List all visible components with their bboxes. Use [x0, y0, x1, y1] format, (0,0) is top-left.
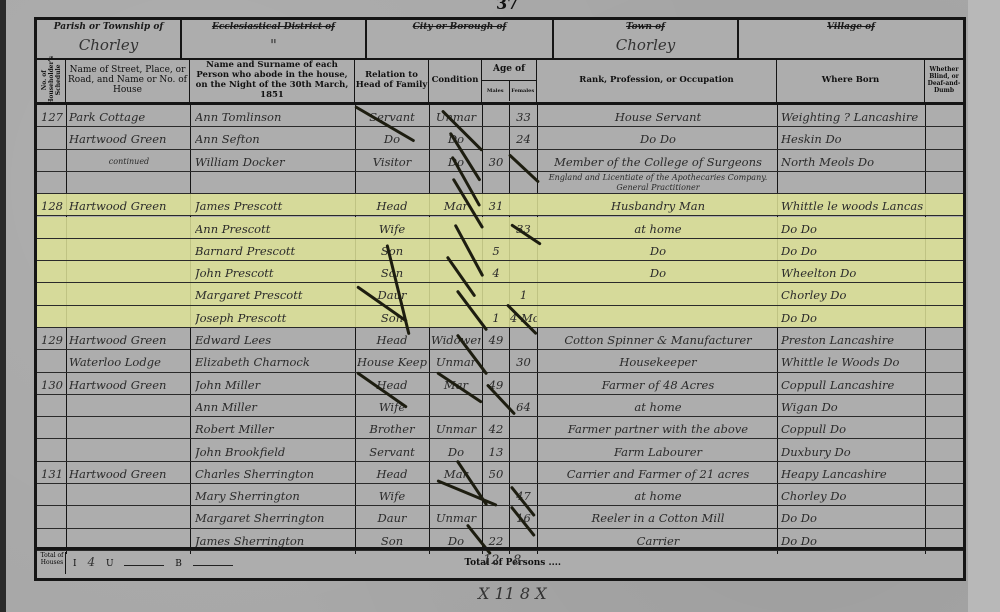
parish-label: Parish or Township of — [37, 22, 180, 32]
table-row: England and Licentiate of the Apothecari… — [37, 172, 963, 194]
ecclesiastical-label: Ecclesiastical District of — [182, 22, 365, 32]
cell-name: William Docker — [195, 150, 353, 172]
town-value: Chorley — [554, 36, 737, 54]
cell-sched — [39, 440, 65, 462]
cell-name: Ann Sefton — [195, 127, 353, 149]
page-margin — [968, 0, 1000, 612]
cell-m — [483, 127, 509, 149]
col-relation: Relation to Head of Family — [355, 58, 429, 102]
cell-occ: at home — [541, 484, 775, 506]
cell-sched — [39, 127, 65, 149]
cell-sched — [39, 283, 65, 305]
cell-name: John Brookfield — [195, 440, 353, 462]
cell-sched — [39, 484, 65, 506]
cell-m: 50 — [483, 462, 509, 484]
cell-sched — [39, 306, 65, 328]
cell-f: 1 — [510, 283, 537, 305]
cell-born: Preston Lancashire — [781, 328, 923, 350]
cell-f — [510, 194, 537, 216]
cell-occ: House Servant — [541, 105, 775, 127]
table-row: 131Hartwood GreenCharles SherringtonHead… — [37, 462, 963, 484]
cell-occ: Husbandry Man — [541, 194, 775, 216]
cell-m — [483, 105, 509, 127]
cell-street: Hartwood Green — [69, 127, 189, 149]
total-houses-label: Total of Houses — [39, 552, 66, 574]
cell-occ: Do — [541, 261, 775, 283]
age-males-label: Males — [482, 81, 510, 101]
cell-name: Charles Sherrington — [195, 462, 353, 484]
cell-sched — [39, 239, 65, 261]
cell-m: 1 — [483, 306, 509, 328]
cell-sched — [39, 506, 65, 528]
table-row: Margaret PrescottDaur1Chorley Do — [37, 283, 963, 305]
cell-name: Ann Miller — [195, 395, 353, 417]
cell-rel: House Keeper — [357, 350, 427, 372]
cell-rel: Wife — [357, 217, 427, 239]
cell-born: Do Do — [781, 239, 923, 261]
table-row: John BrookfieldServantDo13Farm LabourerD… — [37, 440, 963, 462]
cell-f — [510, 373, 537, 395]
cell-born: Heapy Lancashire — [781, 462, 923, 484]
cell-m — [483, 506, 509, 528]
col-name: Name and Surname of each Person who abod… — [190, 58, 355, 102]
col-street: Name of Street, Place, or Road, and Name… — [66, 58, 190, 102]
cell-born: Whittle le Woods Do — [781, 350, 923, 372]
cell-rel: Brother — [357, 417, 427, 439]
city-cell: City or Borough of — [367, 20, 554, 58]
cell-sched: 128 — [39, 194, 65, 216]
cell-street: Waterloo Lodge — [69, 350, 189, 372]
cell-name: Edward Lees — [195, 328, 353, 350]
cell-name: Ann Prescott — [195, 217, 353, 239]
cell-m — [483, 350, 509, 372]
cell-street — [69, 395, 189, 417]
cell-sched — [39, 395, 65, 417]
cell-occ: Member of the College of Surgeons — [541, 150, 775, 172]
ecclesiastical-value: " — [182, 36, 365, 54]
col-occupation: Rank, Profession, or Occupation — [537, 58, 777, 102]
cell-rel: Visitor — [357, 150, 427, 172]
col-blind: Whether Blind, or Deaf-and-Dumb — [925, 58, 963, 102]
cell-name: Ann Tomlinson — [195, 105, 353, 127]
cell-born: Whittle le woods Lancashire — [781, 194, 923, 216]
scan-edge — [0, 0, 6, 612]
ecclesiastical-cell: Ecclesiastical District of " — [182, 20, 367, 58]
cell-sched — [39, 150, 65, 172]
table-row: 127Park CottageAnn TomlinsonServantUnmar… — [37, 105, 963, 127]
cell-sched — [39, 172, 65, 194]
cell-occ: Carrier and Farmer of 21 acres — [541, 462, 775, 484]
cell-born: Do Do — [781, 306, 923, 328]
page-number: 37 — [496, 0, 518, 13]
town-label: Town of — [554, 22, 737, 32]
cell-street: Hartwood Green — [69, 462, 189, 484]
cell-name: Mary Sherrington — [195, 484, 353, 506]
cell-name: Robert Miller — [195, 417, 353, 439]
cell-name: Barnard Prescott — [195, 239, 353, 261]
cell-born — [781, 172, 923, 194]
inhabited-count: 4 — [87, 555, 95, 569]
parish-value: Chorley — [37, 36, 180, 54]
cell-street — [69, 239, 189, 261]
cell-sched — [39, 350, 65, 372]
cell-born: North Meols Do — [781, 150, 923, 172]
cell-f — [510, 440, 537, 462]
cell-m — [483, 283, 509, 305]
district-header: Parish or Township of Chorley Ecclesiast… — [37, 20, 963, 60]
cell-occ: Housekeeper — [541, 350, 775, 372]
cell-sched: 129 — [39, 328, 65, 350]
cell-name: James Prescott — [195, 194, 353, 216]
cell-occ: at home — [541, 217, 775, 239]
cell-street — [69, 217, 189, 239]
table-row: Waterloo LodgeElizabeth CharnockHouse Ke… — [37, 350, 963, 372]
cell-street: Hartwood Green — [69, 194, 189, 216]
cell-born: Weighting ? Lancashire — [781, 105, 923, 127]
cell-sched — [39, 217, 65, 239]
cell-name: John Miller — [195, 373, 353, 395]
cell-rel: Servant — [357, 440, 427, 462]
table-row: Margaret SherringtonDaurUnmar16Reeler in… — [37, 506, 963, 528]
cell-sched — [39, 261, 65, 283]
cell-street — [69, 306, 189, 328]
cell-born: Do Do — [781, 217, 923, 239]
cell-occ: Farmer of 48 Acres — [541, 373, 775, 395]
cell-cond: Widower — [431, 328, 481, 350]
cell-occ: Do — [541, 239, 775, 261]
age-label: Age of — [482, 58, 536, 81]
cell-occ: Cotton Spinner & Manufacturer — [541, 328, 775, 350]
city-label: City or Borough of — [367, 22, 552, 32]
table-row: Barnard PrescottSon5DoDo Do — [37, 239, 963, 261]
houses-tally: I 4 U B — [73, 555, 241, 569]
table-row: John PrescottSon4DoWheelton Do — [37, 261, 963, 283]
cell-sched: 130 — [39, 373, 65, 395]
cell-occ: Reeler in a Cotton Mill — [541, 506, 775, 528]
census-page: 37 Parish or Township of Chorley Ecclesi… — [0, 0, 1000, 612]
cell-sched: 131 — [39, 462, 65, 484]
cell-street — [69, 484, 189, 506]
cell-rel: Daur — [357, 506, 427, 528]
cell-born: Wheelton Do — [781, 261, 923, 283]
cell-born: Heskin Do — [781, 127, 923, 149]
cell-name: Joseph Prescott — [195, 306, 353, 328]
cell-born: Chorley Do — [781, 484, 923, 506]
age-females-label: Females — [510, 81, 537, 101]
cell-name: Elizabeth Charnock — [195, 350, 353, 372]
cell-sched — [39, 417, 65, 439]
cell-m: 13 — [483, 440, 509, 462]
cell-born: Coppull Do — [781, 417, 923, 439]
cell-m: 30 — [483, 150, 509, 172]
cell-born: Coppull Lancashire — [781, 373, 923, 395]
census-form: Parish or Township of Chorley Ecclesiast… — [34, 17, 966, 581]
town-cell: Town of Chorley — [554, 20, 739, 58]
cell-born: Wigan Do — [781, 395, 923, 417]
cell-street — [69, 506, 189, 528]
cell-m: 31 — [483, 194, 509, 216]
cell-occ — [541, 283, 775, 305]
village-label: Village of — [739, 22, 963, 32]
col-age: Age of MalesFemales — [482, 58, 537, 102]
cell-name — [195, 172, 353, 194]
cell-cond: Unmar — [431, 506, 481, 528]
cell-occ: Farmer partner with the above — [541, 417, 775, 439]
cell-born: Chorley Do — [781, 283, 923, 305]
cell-street — [69, 417, 189, 439]
cell-cond — [431, 306, 481, 328]
cell-rel: Head — [357, 462, 427, 484]
cell-street — [69, 283, 189, 305]
table-row: 130Hartwood GreenJohn MillerHeadMar49Far… — [37, 373, 963, 395]
cell-street: Hartwood Green — [69, 328, 189, 350]
total-males: 12 — [483, 553, 500, 568]
cell-street — [69, 172, 189, 194]
cell-f — [510, 239, 537, 261]
cell-rel: Son — [357, 239, 427, 261]
table-row: 129Hartwood GreenEdward LeesHeadWidower4… — [37, 328, 963, 350]
cell-m: 42 — [483, 417, 509, 439]
cell-f: 33 — [510, 105, 537, 127]
table-row: Joseph PrescottSon14 MoDo Do — [37, 306, 963, 328]
cell-cond: Unmar — [431, 417, 481, 439]
cell-m: 49 — [483, 328, 509, 350]
cell-street: Park Cottage — [69, 105, 189, 127]
cell-born: Duxbury Do — [781, 440, 923, 462]
cell-m — [483, 217, 509, 239]
column-headers: No. of Householder's Schedule Name of St… — [37, 58, 963, 105]
cell-occ: Do Do — [541, 127, 775, 149]
cell-rel: Wife — [357, 484, 427, 506]
cell-rel: Do — [357, 127, 427, 149]
cell-f — [510, 261, 537, 283]
table-row: Ann PrescottWife33at homeDo Do — [37, 217, 963, 239]
cell-street: Hartwood Green — [69, 373, 189, 395]
cell-m: 4 — [483, 261, 509, 283]
col-condition: Condition — [429, 58, 482, 102]
table-row: 128Hartwood GreenJames PrescottHeadMar31… — [37, 194, 963, 216]
cell-rel: Head — [357, 328, 427, 350]
cell-street — [69, 261, 189, 283]
cell-street: continued — [69, 150, 189, 172]
table-row: Mary SherringtonWife47at homeChorley Do — [37, 484, 963, 506]
cell-born: Do Do — [781, 506, 923, 528]
cell-street — [69, 440, 189, 462]
cell-m: 5 — [483, 239, 509, 261]
cell-name: John Prescott — [195, 261, 353, 283]
cell-name: Margaret Sherrington — [195, 506, 353, 528]
tally-marks: X 11 8 X — [478, 584, 547, 603]
cell-occ: Farm Labourer — [541, 440, 775, 462]
cell-rel — [357, 172, 427, 194]
census-entries: 127Park CottageAnn TomlinsonServantUnmar… — [37, 105, 963, 554]
parish-cell: Parish or Township of Chorley — [37, 20, 182, 58]
totals-row: Total of Houses I 4 U B Total of Persons… — [37, 547, 963, 578]
cell-occ — [541, 306, 775, 328]
total-females: 8 — [513, 553, 521, 568]
cell-m — [483, 172, 509, 194]
cell-cond: Do — [431, 440, 481, 462]
table-row: Robert MillerBrotherUnmar42Farmer partne… — [37, 417, 963, 439]
cell-occ: England and Licentiate of the Apothecari… — [541, 173, 775, 195]
village-cell: Village of — [739, 20, 963, 58]
cell-rel: Head — [357, 194, 427, 216]
cell-f — [510, 417, 537, 439]
cell-rel: Head — [357, 373, 427, 395]
cell-f: 24 — [510, 127, 537, 149]
col-schedule: No. of Householder's Schedule — [37, 58, 66, 102]
cell-sched: 127 — [39, 105, 65, 127]
cell-f — [510, 462, 537, 484]
col-born: Where Born — [777, 58, 925, 102]
cell-name: Margaret Prescott — [195, 283, 353, 305]
table-row: Hartwood GreenAnn SeftonDoDo24Do DoHeski… — [37, 127, 963, 149]
table-row: continuedWilliam DockerVisitorDo30Member… — [37, 150, 963, 172]
cell-f: 30 — [510, 350, 537, 372]
cell-occ: at home — [541, 395, 775, 417]
